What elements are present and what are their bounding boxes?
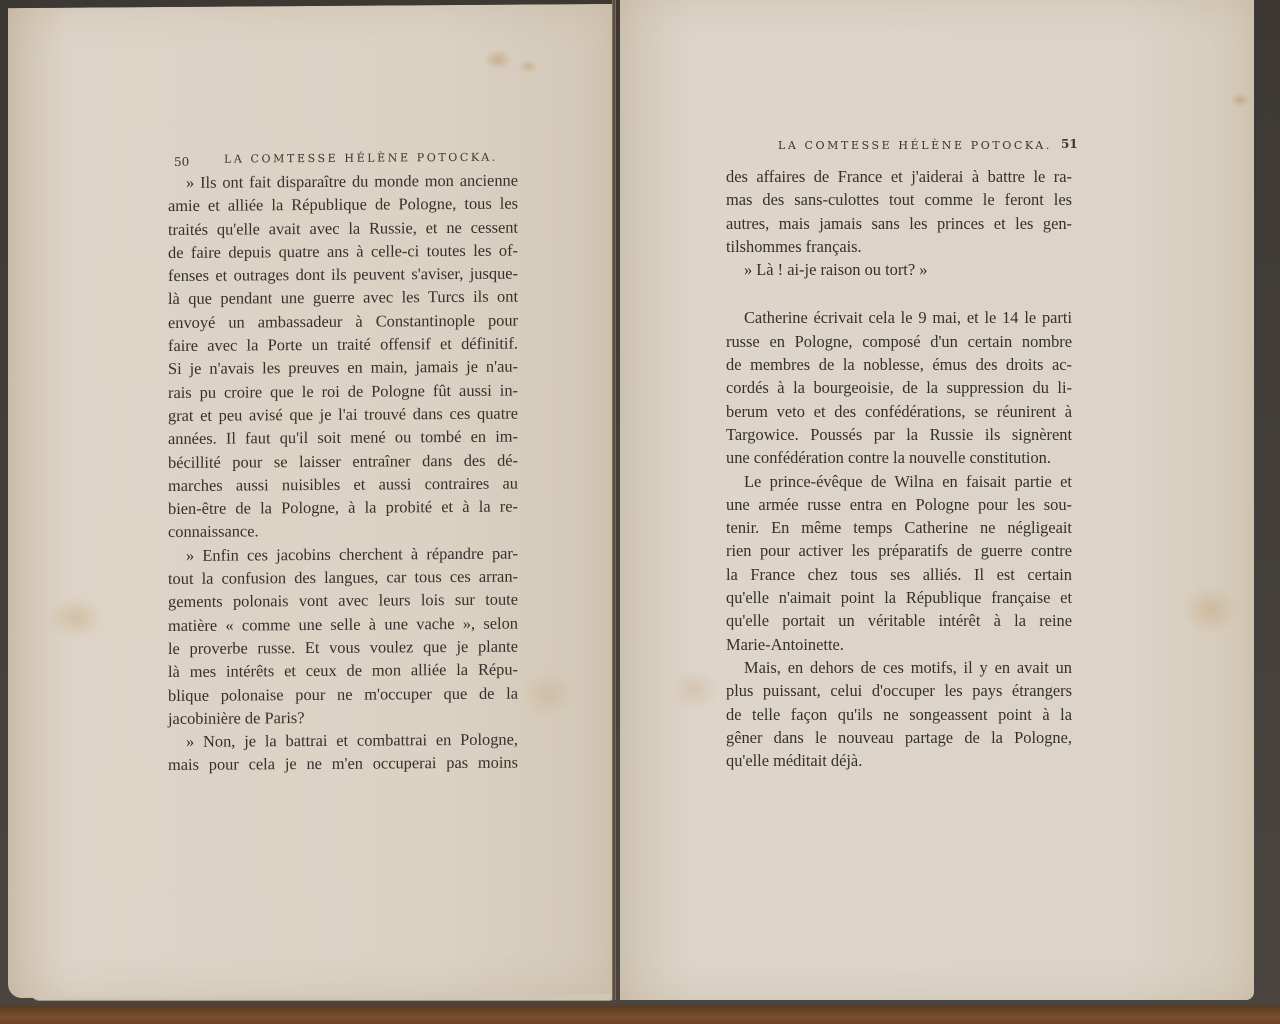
text-line: mais pour cela je ne m'en occuperai pas … [168, 751, 518, 777]
running-head-left: LA COMTESSE HÉLÈNE POTOCKA. [224, 151, 498, 166]
book-gutter [612, 0, 616, 1000]
text-line: marches aussi nuisibles et aussi contrai… [168, 471, 518, 497]
text-line: jacobinière de Paris? [168, 704, 518, 730]
left-page: 50 LA COMTESSE HÉLÈNE POTOCKA. » Ils ont… [8, 4, 614, 998]
text-line: mas des sans-culottes tout comme le fero… [726, 188, 1072, 211]
text-line: autres, mais jamais sans les princes et … [726, 212, 1072, 235]
text-line: qu'elle méditait déjà. [726, 749, 1072, 772]
text-line: Le prince-évêque de Wilna en faisait par… [726, 470, 1072, 493]
text-line: » Ils ont fait disparaître du monde mon … [168, 169, 518, 195]
text-line: Si je n'avais les preuves en main, jamai… [168, 355, 518, 381]
text-line: des affaires de France et j'aiderai à ba… [726, 165, 1072, 188]
right-page: LA COMTESSE HÉLÈNE POTOCKA. 51 des affai… [620, 0, 1254, 1000]
text-line: rien pour activer les préparatifs de gue… [726, 539, 1072, 562]
page-number-left: 50 [174, 155, 189, 169]
text-line: tenir. En même temps Catherine ne néglig… [726, 516, 1072, 539]
text-line: là que pendant une guerre avec les Turcs… [168, 285, 518, 311]
text-line: de membres de la noblesse, émus des droi… [726, 353, 1072, 376]
text-line: Catherine écrivait cela le 9 mai, et le … [726, 306, 1072, 329]
text-line: années. Il faut qu'il soit mené ou tombé… [168, 425, 518, 451]
text-line: qu'elle n'aimait point la République fra… [726, 586, 1072, 609]
text-line: bécillité pour se laisser entraîner dans… [168, 448, 518, 474]
text-line: traités qu'elle avait avec la Russie, et… [168, 215, 518, 241]
text-line: qu'elle portait un véritable intérêt à l… [726, 609, 1072, 632]
text-line: matière « comme une selle à une vache »,… [168, 611, 518, 637]
book-photo: 50 LA COMTESSE HÉLÈNE POTOCKA. » Ils ont… [0, 0, 1280, 1024]
right-page-body: des affaires de France et j'aiderai à ba… [726, 165, 1072, 772]
text-line: tilshommes français. [726, 235, 1072, 258]
text-line: bien-être de la Pologne, à la probité et… [168, 495, 518, 521]
text-line: » Là ! ai-je raison ou tort? » [726, 258, 1072, 281]
text-line: là mes intérêts et ceux de mon alliée la… [168, 658, 518, 684]
section-break [726, 281, 1072, 306]
text-line: gements polonais vont avec leurs lois su… [168, 588, 518, 614]
text-line: » Enfin ces jacobins cherchent à répandr… [168, 541, 518, 567]
text-line: blique polonaise pour ne m'occuper que d… [168, 681, 518, 707]
text-line: une confédération contre la nouvelle con… [726, 446, 1072, 469]
left-page-body: » Ils ont fait disparaître du monde mon … [168, 169, 518, 777]
text-line: envoyé un ambassadeur à Constantinople p… [168, 308, 518, 334]
text-line: Mais, en dehors de ces motifs, il y en a… [726, 656, 1072, 679]
text-line: amie et alliée la République de Pologne,… [168, 192, 518, 218]
text-line: grat et peu avisé que je l'ai trouvé dan… [168, 402, 518, 428]
text-line: de faire depuis quatre ans à celle-ci to… [168, 238, 518, 264]
text-line: » Non, je la battrai et combattrai en Po… [168, 728, 518, 754]
text-line: faire avec la Porte un traité offensif e… [168, 332, 518, 358]
text-line: rais pu croire que le roi de Pologne fût… [168, 378, 518, 404]
text-line: berum veto et des confédérations, se réu… [726, 400, 1072, 423]
text-line: une armée russe entra en Pologne pour le… [726, 493, 1072, 516]
text-line: cordés à la bourgeoisie, de la suppressi… [726, 376, 1072, 399]
text-line: fenses et outrages dont ils peuvent s'av… [168, 262, 518, 288]
text-line: de telle façon qu'ils ne songeassent poi… [726, 703, 1072, 726]
page-number-right: 51 [1061, 137, 1078, 151]
text-line: le proverbe russe. Et vous voulez que je… [168, 634, 518, 660]
wooden-table-edge [0, 1006, 1280, 1024]
text-line: connaissance. [168, 518, 518, 544]
running-head-right: LA COMTESSE HÉLÈNE POTOCKA. [778, 139, 1052, 152]
text-line: Marie-Antoinette. [726, 633, 1072, 656]
text-line: gêner dans le nouveau partage de la Polo… [726, 726, 1072, 749]
text-line: plus puissant, celui d'occuper les pays … [726, 679, 1072, 702]
text-line: tout la confusion des langues, car tous … [168, 565, 518, 591]
text-line: russe en Pologne, composé d'un certain n… [726, 330, 1072, 353]
text-line: Targowice. Poussés par la Russie ils sig… [726, 423, 1072, 446]
text-line: la France chez tous ses alliés. Il est c… [726, 563, 1072, 586]
